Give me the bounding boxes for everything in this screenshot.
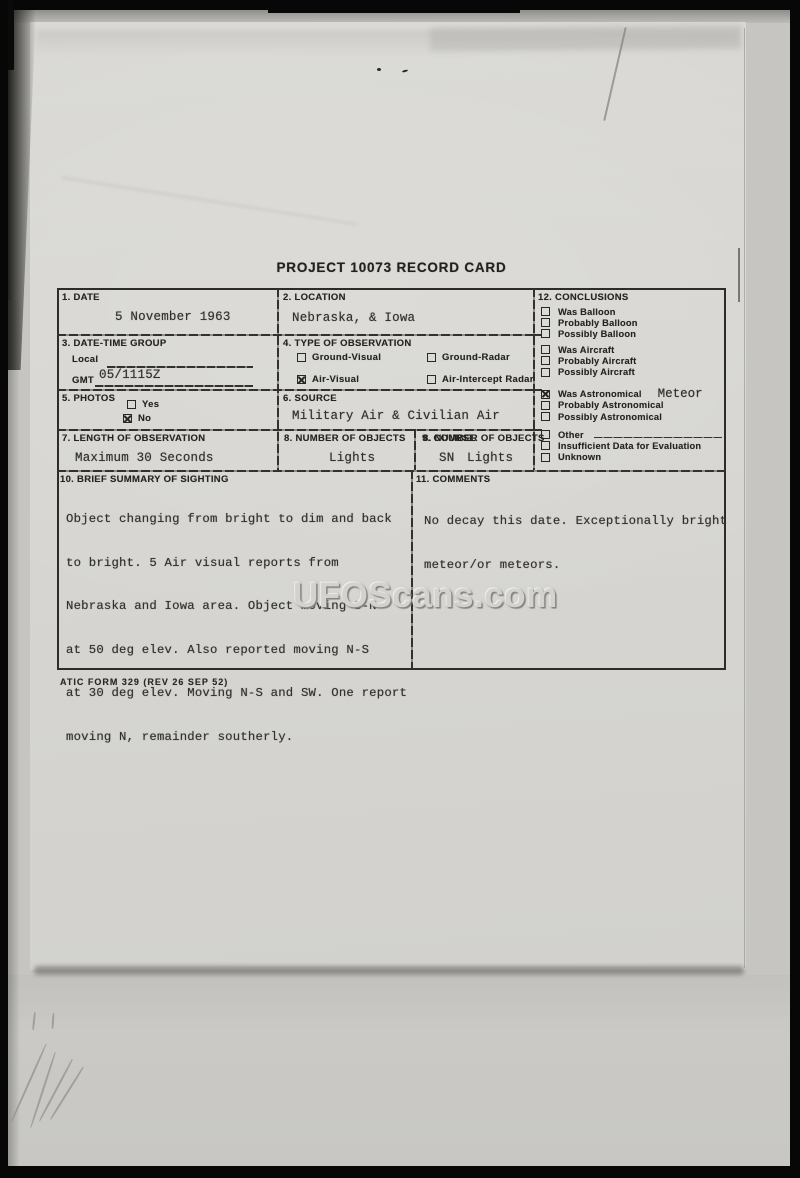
course-value: SN	[439, 451, 454, 465]
paper-right-edge	[744, 28, 745, 968]
gmt-label: GMT	[72, 375, 94, 386]
film-frame-left	[0, 0, 8, 1178]
type-of-observation-label: 4. TYPE OF OBSERVATION	[283, 338, 412, 349]
conclusion-was-astronomical: Was Astronomical Meteor	[541, 389, 723, 400]
photos-label: 5. PHOTOS	[62, 393, 115, 404]
watermark: UFOScans.com	[293, 576, 558, 616]
checkbox-was-balloon	[541, 307, 550, 316]
checkbox-photos-no	[123, 414, 132, 423]
card-title: PROJECT 10073 RECORD CARD	[57, 260, 726, 275]
gmt-blank-line	[95, 385, 253, 387]
option-ground-radar: Ground-Radar	[427, 352, 510, 363]
conclusions-other-group: Other Insufficient Data for Evaluation U…	[541, 429, 723, 463]
checkbox-possibly-aircraft	[541, 368, 550, 377]
conclusions-list: Was Balloon Probably Balloon Possibly Ba…	[541, 306, 723, 463]
option-air-intercept-radar: Air-Intercept Radar	[427, 374, 534, 385]
brief-summary-text: Object changing from bright to dim and b…	[66, 484, 407, 774]
conclusion-was-balloon: Was Balloon	[541, 306, 723, 317]
conclusion-other: Other	[541, 429, 723, 440]
conclusion-possibly-astronomical: Possibly Astronomical	[541, 411, 723, 422]
conclusion-probably-astronomical: Probably Astronomical	[541, 400, 723, 411]
length-of-observation-value: Maximum 30 Seconds	[75, 451, 214, 465]
checkbox-air-visual	[297, 375, 306, 384]
gmt-value: 05/1115Z	[99, 368, 161, 382]
conclusion-probably-aircraft: Probably Aircraft	[541, 355, 723, 366]
paper-bottom-shadow	[34, 966, 744, 975]
option-ground-visual: Ground-Visual	[297, 352, 381, 363]
date-time-group-label: 3. DATE-TIME GROUP	[62, 338, 166, 349]
date-value: 5 November 1963	[115, 310, 231, 324]
checkbox-probably-astronomical	[541, 401, 550, 410]
checkbox-probably-aircraft	[541, 356, 550, 365]
comments-label: 11. COMMENTS	[416, 474, 490, 485]
conclusion-unknown: Unknown	[541, 452, 723, 463]
row-line	[57, 334, 533, 336]
number-of-objects-value: Lights	[467, 451, 513, 465]
checkbox-other	[541, 430, 550, 439]
length-of-observation-label: 7. LENGTH OF OBSERVATION	[62, 433, 205, 444]
option-air-visual: Air-Visual	[297, 374, 359, 385]
conclusion-possibly-balloon: Possibly Balloon	[541, 328, 723, 339]
conclusion-possibly-aircraft: Possibly Aircraft	[541, 366, 723, 377]
conclusions-label: 12. CONCLUSIONS	[538, 292, 629, 303]
option-photos-no: No	[123, 413, 151, 424]
film-frame-top-notch	[268, 0, 520, 13]
source-label: 6. SOURCE	[283, 393, 337, 404]
conclusion-probably-balloon: Probably Balloon	[541, 317, 723, 328]
option-photos-yes: Yes	[127, 399, 159, 410]
local-label: Local	[72, 354, 98, 365]
form-number: ATIC FORM 329 (REV 26 SEP 52)	[60, 677, 228, 687]
checkbox-possibly-balloon	[541, 329, 550, 338]
conclusion-was-aircraft: Was Aircraft	[541, 344, 723, 355]
location-value: Nebraska, & Iowa	[292, 311, 415, 325]
photo-frame: PROJECT 10073 RECORD CARD 1. DATE 5 Nove…	[0, 0, 800, 1178]
column-line	[277, 288, 279, 470]
other-blank-line	[594, 437, 722, 439]
conclusion-insufficient-data: Insufficient Data for Evaluation	[541, 440, 723, 451]
row-line	[57, 470, 726, 472]
objects-label: 8. NUMBER OF OBJECTS	[284, 433, 406, 444]
astronomical-note: Meteor	[658, 387, 703, 401]
checkbox-unknown	[541, 453, 550, 462]
left-edge-shading	[8, 300, 20, 1170]
checkbox-ground-visual	[297, 353, 306, 362]
checkbox-was-astronomical	[541, 390, 550, 399]
conclusions-aircraft-group: Was Aircraft Probably Aircraft Possibly …	[541, 344, 723, 378]
column-line	[414, 429, 416, 470]
course-label: 9. COURSE	[422, 433, 476, 444]
tape-smudge	[430, 24, 742, 51]
checkbox-photos-yes	[127, 400, 136, 409]
checkbox-probably-balloon	[541, 318, 550, 327]
checkbox-was-aircraft	[541, 345, 550, 354]
checkbox-insufficient-data	[541, 441, 550, 450]
film-frame-right	[790, 0, 800, 1178]
lower-backing-sheet	[8, 975, 790, 1166]
source-value: Military Air & Civilian Air	[292, 409, 500, 423]
speck-mark	[377, 68, 381, 71]
row-line	[57, 429, 533, 431]
date-label: 1. DATE	[62, 292, 100, 303]
column-line	[411, 470, 413, 670]
location-label: 2. LOCATION	[283, 292, 346, 303]
objects-value: Lights	[329, 451, 375, 465]
film-frame-bottom	[0, 1166, 800, 1178]
checkbox-air-intercept-radar	[427, 375, 436, 384]
checkbox-ground-radar	[427, 353, 436, 362]
row-line	[57, 389, 533, 391]
checkbox-possibly-astronomical	[541, 412, 550, 421]
right-crease-mark	[738, 248, 740, 302]
conclusions-balloon-group: Was Balloon Probably Balloon Possibly Ba…	[541, 306, 723, 340]
conclusions-astronomical-group: Was Astronomical Meteor Probably Astrono…	[541, 389, 723, 423]
